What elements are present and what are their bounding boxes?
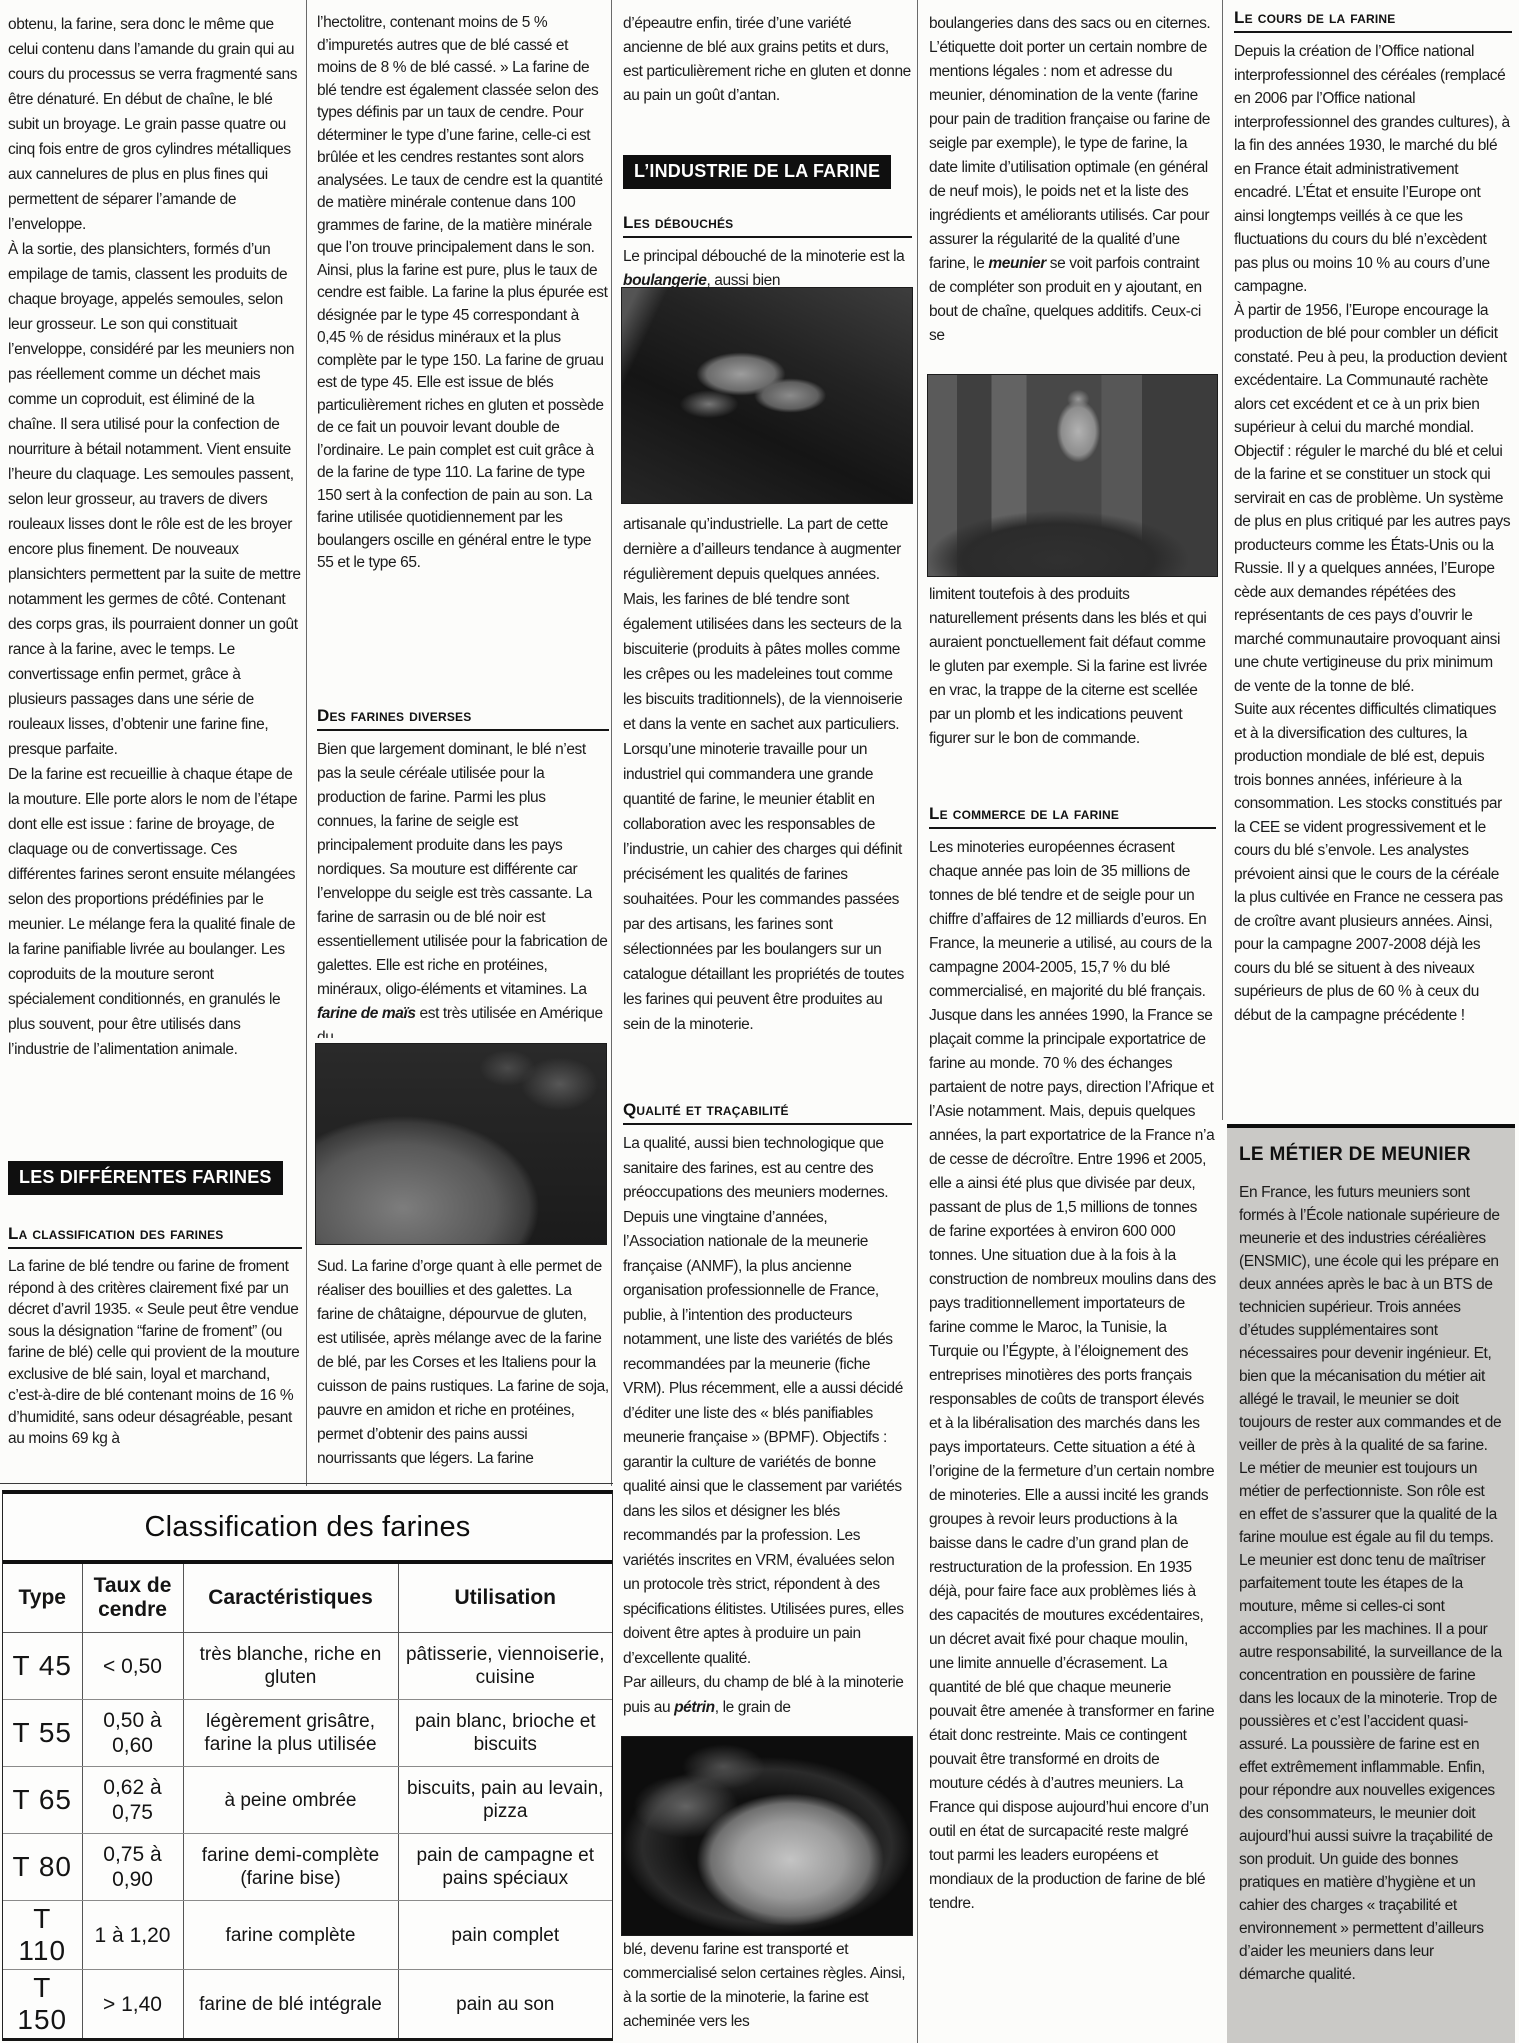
body-paragraph: Bien que largement dominant, le blé n’es… <box>317 738 609 1038</box>
bread-rack-photo <box>621 287 913 504</box>
column-header-type: Type <box>3 1564 82 1633</box>
sidebar-box-text: En France, les futurs meuniers sont form… <box>1239 1181 1503 1986</box>
body-paragraph: l’hectolitre, contenant moins de 5 % d’i… <box>317 12 609 575</box>
column-2-text-mid: Bien que largement dominant, le blé n’es… <box>317 738 609 1038</box>
table-row: T 110 1 à 1,20 farine complète pain comp… <box>3 1901 612 1970</box>
table-row: T 55 0,50 à 0,60 légèrement grisâtre, fa… <box>3 1700 612 1767</box>
body-paragraph: À la sortie, des plansichters, formés d’… <box>8 237 302 762</box>
column-1-text: obtenu, la farine, sera donc le même que… <box>8 12 302 1157</box>
cell-caracteristiques: légèrement grisâtre, farine la plus util… <box>183 1700 398 1767</box>
section-banner-industrie-de-la-farine: L’INDUSTRIE DE LA FARINE <box>623 155 891 189</box>
cell-taux: < 0,50 <box>82 1633 183 1700</box>
cell-taux: 1 à 1,20 <box>82 1901 183 1970</box>
table-row: T 45 < 0,50 très blanche, riche en glute… <box>3 1633 612 1700</box>
cell-caracteristiques: farine complète <box>183 1901 398 1970</box>
cell-taux: 0,62 à 0,75 <box>82 1767 183 1834</box>
column-divider-2 <box>611 0 612 1486</box>
cell-taux: 0,50 à 0,60 <box>82 1700 183 1767</box>
body-paragraph: Lorsqu’une minoterie travaille pour un i… <box>623 737 912 1037</box>
subheader-classification-des-farines: La classification des farines <box>8 1224 302 1249</box>
cell-caracteristiques: farine de blé intégrale <box>183 1970 398 2039</box>
column-divider-3 <box>917 0 918 2043</box>
miller-machine-photo <box>927 374 1218 577</box>
cell-type: T 45 <box>3 1633 82 1700</box>
table-title: Classification des farines <box>3 1494 612 1564</box>
magazine-page-farine: obtenu, la farine, sera donc le même que… <box>0 0 1519 2043</box>
paragraph-segment: boulangeries dans des sacs ou en citerne… <box>929 15 1210 272</box>
body-paragraph: Depuis la création de l’Office national … <box>1234 40 1512 299</box>
paragraph-segment: Bien que largement dominant, le blé n’es… <box>317 741 608 998</box>
column-header-taux-de-cendre: Taux de cendre <box>82 1564 183 1633</box>
sidebar-box-metier-de-meunier: LE MÉTIER DE MEUNIER En France, les futu… <box>1227 1124 1515 2043</box>
cell-utilisation: pain au son <box>398 1970 612 2039</box>
cell-taux: > 1,40 <box>82 1970 183 2039</box>
body-paragraph: limitent toutefois à des produits nature… <box>929 583 1216 751</box>
cell-type: T 110 <box>3 1901 82 1970</box>
body-paragraph: Les minoteries européennes écrasent chaq… <box>929 836 1216 1916</box>
body-paragraph: blé, devenu farine est transporté et com… <box>623 1938 912 2034</box>
cell-type: T 150 <box>3 1970 82 2039</box>
body-paragraph: À partir de 1956, l’Europe encourage la … <box>1234 299 1512 699</box>
body-paragraph: Par ailleurs, du champ de blé à la minot… <box>623 1671 912 1720</box>
cell-type: T 80 <box>3 1834 82 1901</box>
column-2-text-bottom: Sud. La farine d’orge quant à elle perme… <box>317 1255 609 1487</box>
column-2-text-top: l’hectolitre, contenant moins de 5 % d’i… <box>317 12 609 702</box>
subheader-qualite-et-tracabilite: Qualité et traçabilité <box>623 1100 912 1125</box>
cell-taux: 0,75 à 0,90 <box>82 1834 183 1901</box>
body-paragraph: De la farine est recueillie à chaque éta… <box>8 762 302 1062</box>
column-divider-4 <box>1222 0 1223 1120</box>
table-row: T 150 > 1,40 farine de blé intégrale pai… <box>3 1970 612 2039</box>
paragraph-segment: , le grain de <box>715 1699 791 1716</box>
cell-type: T 55 <box>3 1700 82 1767</box>
subheader-farines-diverses: Des farines diverses <box>317 706 609 731</box>
body-paragraph: boulangeries dans des sacs ou en citerne… <box>929 12 1216 348</box>
subheader-les-debouches: Les débouchés <box>623 213 912 238</box>
subheader-cours-de-la-farine: Le cours de la farine <box>1234 8 1512 33</box>
cell-utilisation: biscuits, pain au levain, pizza <box>398 1767 612 1834</box>
body-paragraph: artisanale qu’industrielle. La part de c… <box>623 512 912 737</box>
dough-pan-photo <box>621 1736 913 1936</box>
body-paragraph: Suite aux récentes difficultés climatiqu… <box>1234 698 1512 1027</box>
table-row: T 65 0,62 à 0,75 à peine ombrée biscuits… <box>3 1767 612 1834</box>
body-paragraph: Le principal débouché de la minoterie es… <box>623 245 912 291</box>
body-paragraph: d’épeautre enfin, tirée d’une variété an… <box>623 12 912 108</box>
column-3-text-top: d’épeautre enfin, tirée d’une variété an… <box>623 12 912 137</box>
column-3-text-quality: La qualité, aussi bien technologique que… <box>623 1132 912 1732</box>
cell-utilisation: pain complet <box>398 1901 612 1970</box>
column-3-text-bottom: blé, devenu farine est transporté et com… <box>623 1938 912 2038</box>
bold-term-petrin: pétrin <box>674 1699 715 1716</box>
cell-type: T 65 <box>3 1767 82 1834</box>
subheader-commerce-de-la-farine: Le commerce de la farine <box>929 804 1216 829</box>
column-3-text-mid: artisanale qu’industrielle. La part de c… <box>623 512 912 1094</box>
column-header-caracteristiques: Caractéristiques <box>183 1564 398 1633</box>
flour-bowl-photo <box>315 1043 607 1245</box>
cell-utilisation: pain de campagne et pains spéciaux <box>398 1834 612 1901</box>
table-top-hairline <box>0 1483 613 1484</box>
table-row: T 80 0,75 à 0,90 farine demi-complète (f… <box>3 1834 612 1901</box>
column-3-lead: Le principal débouché de la minoterie es… <box>623 245 912 291</box>
cell-caracteristiques: à peine ombrée <box>183 1767 398 1834</box>
column-header-utilisation: Utilisation <box>398 1564 612 1633</box>
classification-table: Classification des farines Type Taux de … <box>2 1490 613 2041</box>
sidebar-box-title: LE MÉTIER DE MEUNIER <box>1239 1144 1503 1166</box>
cell-utilisation: pain blanc, brioche et biscuits <box>398 1700 612 1767</box>
bold-term-farine-de-mais: farine de maïs <box>317 1005 416 1022</box>
body-paragraph: La qualité, aussi bien technologique que… <box>623 1132 912 1671</box>
body-paragraph: Sud. La farine d’orge quant à elle perme… <box>317 1255 609 1471</box>
paragraph-segment: Le principal débouché de la minoterie es… <box>623 248 904 265</box>
column-divider-1 <box>306 0 307 1486</box>
body-paragraph: obtenu, la farine, sera donc le même que… <box>8 12 302 237</box>
column-5-text: Depuis la création de l’Office national … <box>1234 40 1512 1100</box>
bold-term-meunier: meunier <box>988 255 1046 272</box>
column-1-text-bottom: La farine de blé tendre ou farine de fro… <box>8 1256 302 1486</box>
body-paragraph: La farine de blé tendre ou farine de fro… <box>8 1256 302 1450</box>
column-4-text-top: boulangeries dans des sacs ou en citerne… <box>929 12 1216 372</box>
column-4-text-mid: limitent toutefois à des produits nature… <box>929 583 1216 801</box>
table-header-row: Type Taux de cendre Caractéristiques Uti… <box>3 1564 612 1633</box>
section-banner-differentes-farines: LES DIFFÉRENTES FARINES <box>8 1161 283 1195</box>
cell-caracteristiques: farine demi-complète (farine bise) <box>183 1834 398 1901</box>
cell-caracteristiques: très blanche, riche en gluten <box>183 1633 398 1700</box>
cell-utilisation: pâtisserie, viennoiserie, cuisine <box>398 1633 612 1700</box>
column-4-text-bottom: Les minoteries européennes écrasent chaq… <box>929 836 1216 2040</box>
